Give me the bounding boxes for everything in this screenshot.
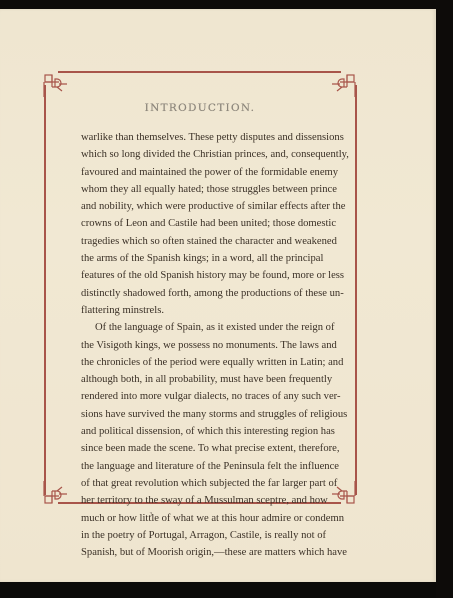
body-text: warlike than themselves. These petty dis… [81,129,321,561]
text-line: since been made the scene. To what preci… [81,440,321,457]
text-line: whom they all equally hated; those strug… [81,181,321,198]
book-page: INTRODUCTION. warlike than themselves. T… [0,9,436,582]
scan-border [0,582,436,598]
text-line: and nobility, which were productive of s… [81,198,321,215]
text-line: flattering minstrels. [81,302,321,319]
text-line: the language and literature of the Penin… [81,458,321,475]
page-number: 3 [148,512,154,518]
knotwork-corner-icon [43,73,67,97]
frame-left-rule [44,85,46,495]
text-line: her territory to the sway of a Mussulman… [81,492,321,509]
frame-right-rule [355,85,357,495]
text-line: and political dissension, of which this … [81,423,321,440]
text-line: favoured and maintained the power of the… [81,164,321,181]
text-line: in the poetry of Portugal, Arragon, Cast… [81,527,321,544]
text-line: the Visigoth kings, we possess no monume… [81,337,321,354]
text-line: much or how little of what we at this ho… [81,510,321,527]
text-line: although both, in all probability, must … [81,371,321,388]
text-line: which so long divided the Christian prin… [81,146,321,163]
text-line: features of the old Spanish history may … [81,267,321,284]
text-line: Of the language of Spain, as it existed … [81,319,321,336]
text-line: crowns of Leon and Castile had been unit… [81,215,321,232]
text-line: warlike than themselves. These petty dis… [81,129,321,146]
text-line: rendered into more vulgar dialects, no t… [81,388,321,405]
text-line: distinctly shadowed forth, among the pro… [81,285,321,302]
text-line: the arms of the Spanish kings; in a word… [81,250,321,267]
text-line: tragedies which so often stained the cha… [81,233,321,250]
text-line: sions have survived the many storms and … [81,406,321,423]
text-line: of that great revolution which subjected… [81,475,321,492]
knotwork-corner-icon [43,481,67,505]
chapter-heading: INTRODUCTION. [0,102,400,114]
frame-top-rule [58,71,341,73]
text-line: the chronicles of the period were equall… [81,354,321,371]
knotwork-corner-icon [332,73,356,97]
text-line: Spanish, but of Moorish origin,—these ar… [81,544,321,561]
